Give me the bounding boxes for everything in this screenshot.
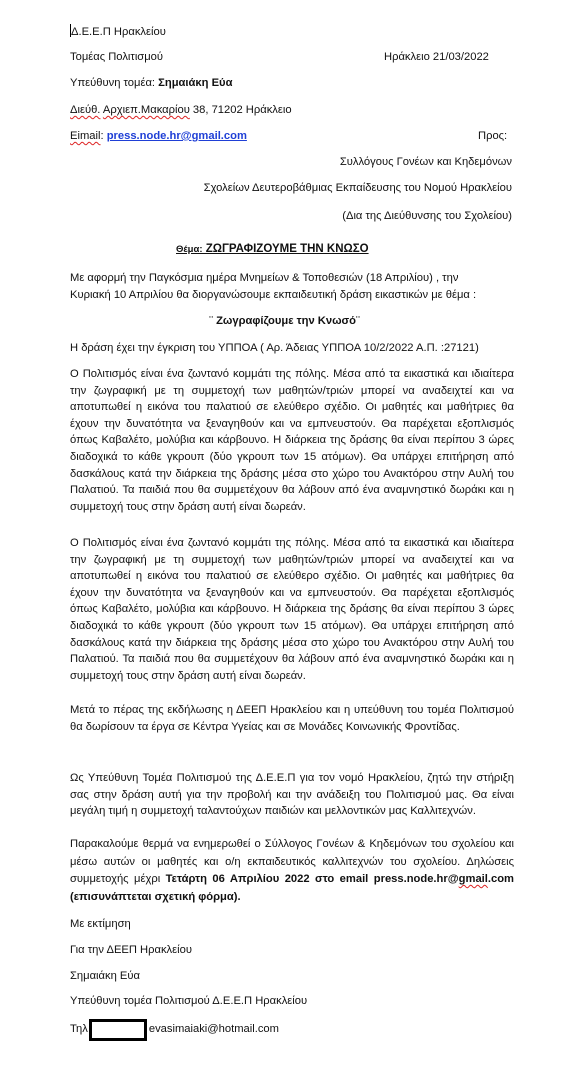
paragraph-5: Παρακαλούμε θερμά να ενημερωθεί ο Σύλλογ… bbox=[70, 836, 514, 906]
closing-regards: Με εκτίμηση bbox=[70, 917, 131, 931]
contact-email: evasimaiaki@hotmail.com bbox=[149, 1023, 279, 1035]
sector-name: Τομέας Πολιτισμού bbox=[70, 50, 163, 64]
responsible-name: Σημαιάκη Εύα bbox=[158, 77, 232, 89]
redacted-phone-box bbox=[89, 1019, 147, 1041]
closing-org: Για την ΔΕΕΠ Ηρακλείου bbox=[70, 943, 192, 957]
subject-label: Θέμα: bbox=[176, 244, 203, 255]
subject: Θέμα: ΖΩΓΡΑΦΙΖΟΥΜΕ ΤΗΝ ΚΝΩΣΟ bbox=[176, 242, 369, 257]
subject-text: ΖΩΓΡΑΦΙΖΟΥΜΕ ΤΗΝ ΚΝΩΣΟ bbox=[203, 243, 369, 255]
intro-line-2: Κυριακή 10 Απριλίου θα διοργανώσουμε εκπ… bbox=[70, 288, 476, 302]
to-label: Προς: bbox=[478, 129, 507, 143]
sender-email-line: Eimail: press.node.hr@gmail.com bbox=[70, 129, 247, 143]
contact-line: Τηλevasimaiaki@hotmail.com bbox=[70, 1019, 279, 1041]
recipient-line-3: (Δια της Διεύθυνσης του Σχολείου) bbox=[342, 209, 512, 223]
recipient-line-1: Συλλόγους Γονέων και Κηδεμόνων bbox=[340, 155, 512, 169]
paragraph-1: Ο Πολιτισμός είναι ένα ζωντανό κομμάτι τ… bbox=[70, 366, 514, 515]
paragraph-3: Μετά το πέρας της εκδήλωσης η ΔΕΕΠ Ηρακλ… bbox=[70, 702, 514, 735]
paragraph-2: Ο Πολιτισμός είναι ένα ζωντανό κομμάτι τ… bbox=[70, 535, 514, 684]
place-date: Ηράκλειο 21/03/2022 bbox=[384, 50, 489, 64]
intro-line-1: Με αφορμή την Παγκόσμια ημέρα Μνημείων &… bbox=[70, 271, 458, 285]
sender-email-link[interactable]: press.node.hr@gmail.com bbox=[107, 130, 247, 142]
event-title: ¨ Ζωγραφίζουμε την Κνωσό¨ bbox=[0, 314, 569, 328]
closing-name: Σημαιάκη Εύα bbox=[70, 969, 140, 983]
closing-role: Υπεύθυνη τομέα Πολιτισμού Δ.Ε.Ε.Π Ηρακλε… bbox=[70, 994, 307, 1008]
responsible-person: Υπεύθυνη τομέα: Σημαιάκη Εύα bbox=[70, 76, 232, 90]
approval-note: Η δράση έχει την έγκριση του ΥΠΠΟΑ ( Αρ.… bbox=[70, 341, 479, 355]
address: Διεύθ. Αρχιεπ.Μακαρίου 38, 71202 Ηράκλει… bbox=[70, 103, 292, 117]
recipient-line-2: Σχολείων Δευτεροβάθμιας Εκπαίδευσης του … bbox=[204, 181, 512, 195]
paragraph-4: Ως Υπεύθυνη Τομέα Πολιτισμού της Δ.Ε.Ε.Π… bbox=[70, 770, 514, 820]
org-name: Δ.Ε.Ε.Π Ηρακλείου bbox=[70, 24, 166, 39]
